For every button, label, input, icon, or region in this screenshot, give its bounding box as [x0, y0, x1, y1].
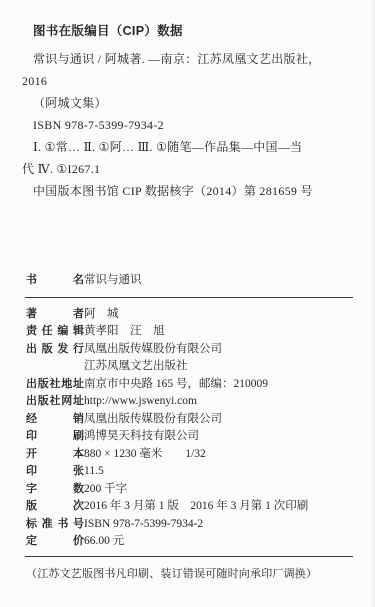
row-value: 66.00 元 [84, 533, 124, 551]
cip-line: ISBN 978-7-5399-7934-2 [22, 114, 353, 136]
row-value: 凤凰出版传媒股份有限公司 [84, 411, 222, 429]
row-label: 出版发行 [26, 341, 84, 359]
table-row-continuation: 江苏凤凰文艺出版社 [26, 358, 353, 376]
table-row: 印刷鸿博昊天科技有限公司 [26, 428, 353, 446]
row-value: 阿 城 [84, 306, 119, 324]
row-label: 标准书号 [26, 516, 84, 534]
row-label: 字数 [26, 481, 84, 499]
row-label: 印张 [26, 463, 84, 481]
row-label: 书名 [26, 272, 84, 290]
cip-heading: 图书在版编目（CIP）数据 [22, 20, 353, 42]
scan-edge-shading [370, 0, 375, 607]
row-label: 经销 [26, 411, 84, 429]
cip-line: 中国版本图书馆 CIP 数据核字（2014）第 281659 号 [22, 180, 353, 202]
cip-line: （阿城文集） [22, 92, 353, 114]
table-row: 出版社网址http://www.jswenyi.com [26, 393, 353, 411]
cip-line: Ⅰ. ①常… Ⅱ. ①阿… Ⅲ. ①随笔—作品集—中国—当 [22, 136, 353, 158]
row-value: http://www.jswenyi.com [84, 393, 197, 411]
cip-line: 常识与通识 / 阿城著. —南京：江苏凤凰文艺出版社， [22, 48, 353, 70]
row-value: ISBN 978-7-5399-7934-2 [84, 516, 203, 534]
row-label: 定价 [26, 533, 84, 551]
copyright-page: 图书在版编目（CIP）数据 常识与通识 / 阿城著. —南京：江苏凤凰文艺出版社… [0, 0, 375, 607]
row-value: 11.5 [84, 463, 104, 481]
row-value: 黄孝阳 汪 旭 [84, 323, 165, 341]
table-row: 著者阿 城 [26, 306, 353, 324]
row-value: 200 千字 [84, 481, 127, 499]
cip-lines: 常识与通识 / 阿城著. —南京：江苏凤凰文艺出版社， 2016 （阿城文集） … [22, 48, 353, 202]
table-row: 责任编辑黄孝阳 汪 旭 [26, 323, 353, 341]
row-value: 凤凰出版传媒股份有限公司 [84, 341, 222, 359]
cip-line: 2016 [22, 70, 353, 92]
table-row: 印张11.5 [26, 463, 353, 481]
row-value: 南京市中央路 165 号，邮编：210009 [84, 376, 268, 394]
table-row: 标准书号ISBN 978-7-5399-7934-2 [26, 516, 353, 534]
row-label: 开本 [26, 446, 84, 464]
table-row: 字数200 千字 [26, 481, 353, 499]
row-label: 出版社地址 [26, 376, 84, 394]
detail-rows: 著者阿 城 责任编辑黄孝阳 汪 旭 出版发行凤凰出版传媒股份有限公司 江苏凤凰文… [26, 306, 353, 551]
footer-note: （江苏文艺版图书凡印刷、装订错误可随时向承印厂调换） [22, 566, 353, 582]
book-title-row: 书名常识与通识 [26, 272, 353, 290]
divider-top [25, 297, 353, 298]
table-row: 定价66.00 元 [26, 533, 353, 551]
table-row: 出版发行凤凰出版传媒股份有限公司 [26, 341, 353, 359]
row-label: 出版社网址 [26, 393, 84, 411]
row-value: 2016 年 3 月第 1 版 2016 年 3 月第 1 次印刷 [84, 498, 308, 516]
table-row: 出版社地址南京市中央路 165 号，邮编：210009 [26, 376, 353, 394]
colophon-table: 书名常识与通识 著者阿 城 责任编辑黄孝阳 汪 旭 出版发行凤凰出版传媒股份有限… [22, 272, 353, 557]
row-label: 责任编辑 [26, 323, 84, 341]
table-row: 开本880 × 1230 毫米 1/32 [26, 446, 353, 464]
table-row: 经销凤凰出版传媒股份有限公司 [26, 411, 353, 429]
cip-block: 图书在版编目（CIP）数据 常识与通识 / 阿城著. —南京：江苏凤凰文艺出版社… [22, 20, 353, 202]
row-value: 常识与通识 [84, 272, 142, 290]
row-value-continuation: 江苏凤凰文艺出版社 [26, 358, 188, 376]
table-row: 版次2016 年 3 月第 1 版 2016 年 3 月第 1 次印刷 [26, 498, 353, 516]
row-label: 著者 [26, 306, 84, 324]
row-label: 印刷 [26, 428, 84, 446]
row-label: 版次 [26, 498, 84, 516]
divider-bottom [25, 556, 353, 557]
row-value: 鸿博昊天科技有限公司 [84, 428, 199, 446]
cip-line: 代 Ⅳ. ①I267.1 [22, 158, 353, 180]
row-value: 880 × 1230 毫米 1/32 [84, 446, 206, 464]
